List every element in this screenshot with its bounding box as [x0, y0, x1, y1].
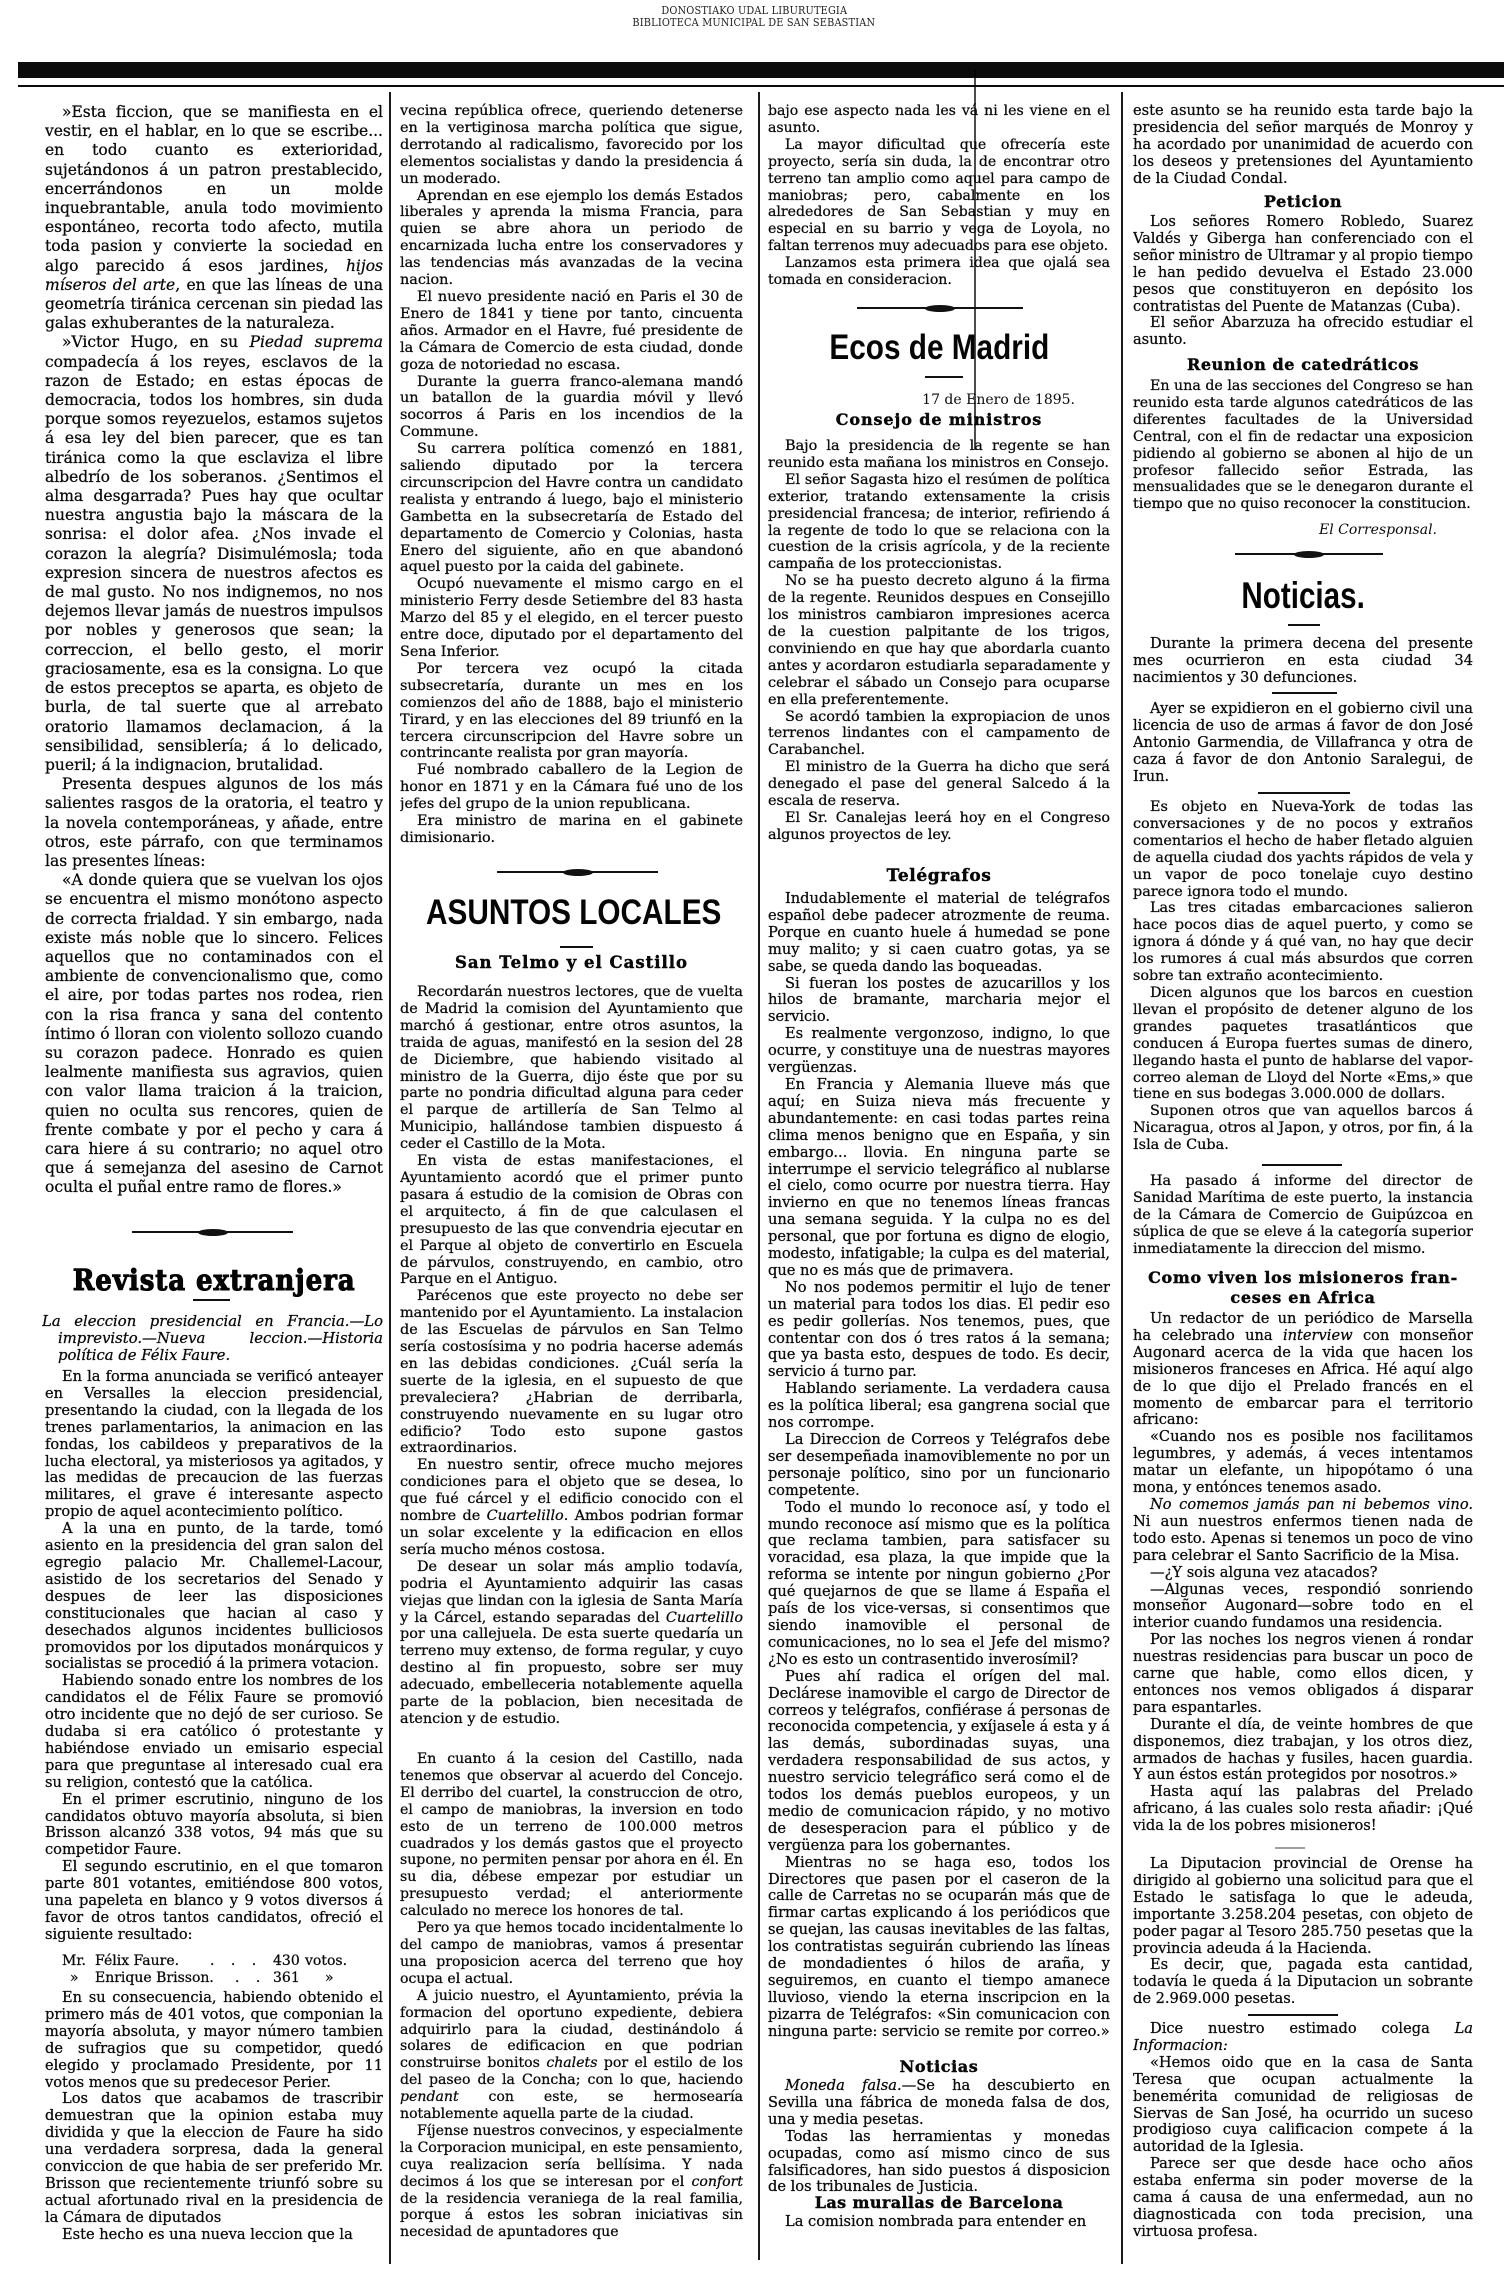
paragraph: Los señores Romero Robledo, Suarez Valdé…	[1133, 214, 1473, 315]
text-run: »Esta ficcion, que se manifiesta en el v…	[45, 103, 383, 275]
paragraph: La mayor dificultad que ofrecería este p…	[768, 137, 1110, 255]
news-item: Durante la primera decena del presente m…	[1133, 636, 1473, 687]
paragraph: Durante la guerra franco-alemana mandó u…	[400, 374, 743, 442]
text-run: Dice nuestro estimado colega	[1150, 2021, 1455, 2037]
article-title-misioneros: Como viven los misioneros fran- ceses en…	[1133, 1268, 1473, 1308]
ornamental-rule	[1235, 551, 1383, 558]
paragraph: Presenta despues algunos de los más sali…	[45, 775, 383, 871]
paragraph: Hasta aquí las palabras del Prelado afri…	[1133, 1784, 1473, 1835]
vote-row: » Enrique Brisson. . . 361 »	[45, 1970, 383, 1987]
ornamental-rule	[497, 869, 658, 876]
news-item: La Diputacion provincial de Orense ha di…	[1133, 1856, 1473, 2009]
paragraph: Indudablemente el material de telégrafos…	[768, 891, 1110, 976]
paragraph: A juicio nuestro, el Ayuntamiento, prévi…	[400, 1988, 743, 2123]
article-text-block: Un redactor de un periódico de Marsella …	[1133, 1311, 1473, 1836]
library-stamp-spanish: BIBLIOTECA MUNICIPAL DE SAN SEBASTIAN	[0, 16, 1508, 28]
news-item: Dice nuestro estimado colega La Informac…	[1133, 2021, 1473, 2242]
paragraph: El nuevo presidente nació en Paris el 30…	[400, 289, 743, 374]
news-item: Ayer se expidieron en el gobierno civil …	[1133, 701, 1473, 786]
italic-phrase: Moneda falsa.	[785, 2078, 902, 2094]
paragraph: Aprendan en ese ejemplo los demás Estado…	[400, 188, 743, 289]
dot-leader: . .	[235, 1970, 260, 1987]
paragraph: Lanzamos esta primera idea que ojalá sea…	[768, 255, 1110, 289]
paragraph: Dice nuestro estimado colega La Informac…	[1133, 2021, 1473, 2055]
paragraph: »Esta ficcion, que se manifiesta en el v…	[45, 103, 383, 333]
paragraph: En la forma anunciada se verificó anteay…	[45, 1369, 383, 1521]
article-text-block: Indudablemente el material de telégrafos…	[768, 891, 1110, 2051]
paragraph: En cuanto á la cesion del Castillo, nada…	[400, 1751, 743, 1920]
article-text-block: bajo ese aspecto nada les vá ni les vien…	[768, 103, 1110, 290]
paragraph: Los datos que acabamos de trascribir dem…	[45, 2091, 383, 2226]
news-item: Ha pasado á informe del director de Sani…	[1133, 1173, 1473, 1258]
short-rule	[925, 376, 963, 378]
section-title-text: Noticias.	[1241, 577, 1364, 614]
text-run: »Victor Hugo, en su	[62, 333, 250, 351]
dot-leader: . . .	[210, 1953, 256, 1970]
paragraph: Recordarán nuestros lectores, que de vue…	[400, 984, 743, 1153]
masthead-black-bar	[18, 62, 1504, 78]
news-separator	[1248, 2014, 1338, 2016]
paragraph: Mientras no se haga eso, todos los Direc…	[768, 1855, 1110, 2041]
paragraph: En una de las secciones del Congreso se …	[1133, 378, 1473, 513]
paragraph: No comemos jamás pan ni bebemos vino. Ni…	[1133, 1497, 1473, 1565]
paragraph: vecina república ofrece, queriendo deten…	[400, 103, 743, 188]
news-item: Es objeto en Nueva-York de todas las con…	[1133, 799, 1473, 1156]
paragraph: A la una en punto, de la tarde, tomó asi…	[45, 1521, 383, 1673]
vote-prefix: »	[70, 1970, 79, 1987]
paragraph: Pero ya que hemos tocado incidentalmente…	[400, 1920, 743, 1988]
paragraph: Este hecho es una nueva leccion que la	[45, 2227, 383, 2244]
paragraph: —Algunas veces, respondió sonriendo mons…	[1133, 1582, 1473, 1633]
short-rule	[560, 946, 593, 948]
section-title-text: Ecos de Madrid	[829, 330, 1049, 365]
ornamental-rule	[857, 305, 1023, 312]
vote-results: Mr. Félix Faure. . . . 430 votos. » Enri…	[45, 1953, 383, 1987]
paragraph: El ministro de la Guerra ha dicho que se…	[768, 759, 1110, 810]
article-text-block: En la forma anunciada se verificó anteay…	[45, 1369, 383, 1945]
article-text-block: Los señores Romero Robledo, Suarez Valdé…	[1133, 214, 1473, 350]
paragraph: bajo ese aspecto nada les vá ni les vien…	[768, 103, 1110, 137]
italic-phrase: pendant	[400, 2089, 459, 2105]
paragraph: Ha pasado á informe del director de Sani…	[1133, 1173, 1473, 1258]
article-text-block: este asunto se ha reunido esta tarde baj…	[1133, 103, 1473, 188]
article-text-block: vecina república ofrece, queriendo deten…	[400, 103, 743, 847]
paragraph: En su consecuencia, habiendo obtenido el…	[45, 1990, 383, 2091]
paragraph: »Victor Hugo, en su Piedad suprema compa…	[45, 333, 383, 775]
paragraph: En nuestro sentir, ofrece mucho mejores …	[400, 1457, 743, 1558]
short-rule	[1288, 624, 1320, 626]
section-title-text: ASUNTOS LOCALES	[426, 895, 721, 930]
paragraph: En Francia y Alemania llueve más que aqu…	[768, 1077, 1110, 1280]
paragraph: Fíjense nuestros convecinos, y especialm…	[400, 2123, 743, 2241]
article-text-block: En cuanto á la cesion del Castillo, nada…	[400, 1751, 743, 2242]
paragraph: Durante la primera decena del presente m…	[1133, 636, 1473, 687]
paragraph: No se ha puesto decreto alguno á la firm…	[768, 573, 1110, 708]
paragraph: Es realmente vergonzoso, indigno, lo que…	[768, 1026, 1110, 1077]
paragraph: —¿Y sois alguna vez atacados?	[1133, 1565, 1473, 1582]
vote-unit: votos.	[305, 1953, 347, 1970]
vote-count: 430	[273, 1953, 300, 1970]
subheading-consejo-de-ministros: Consejo de ministros	[768, 410, 1110, 430]
article-title-san-telmo: San Telmo y el Castillo	[400, 953, 743, 973]
paragraph: «Hemos oido que en la casa de Santa Tere…	[1133, 2055, 1473, 2156]
italic-phrase: Cuartelillo	[487, 1508, 564, 1524]
column-divider	[389, 92, 391, 2264]
paragraph: Parece ser que desde hace ocho años esta…	[1133, 2156, 1473, 2241]
paragraph: Por tercera vez ocupó la citada subsecre…	[400, 661, 743, 762]
text-run: compadecía á los reyes, esclavos de la r…	[45, 353, 383, 774]
text-run: Ni aun nuestros enfermos tienen nada de …	[1133, 1513, 1473, 1564]
paragraph: Si fueran los postes de azucarillos y lo…	[768, 976, 1110, 1027]
ornamental-rule	[132, 1229, 293, 1236]
article-text-block: »Esta ficcion, que se manifiesta en el v…	[45, 103, 383, 1217]
paragraph: En el primer escrutinio, ninguno de los …	[45, 1792, 383, 1860]
paragraph: este asunto se ha reunido esta tarde baj…	[1133, 103, 1473, 188]
article-text-block: En una de las secciones del Congreso se …	[1133, 378, 1473, 514]
title-line: ceses en Africa	[1133, 1288, 1473, 1308]
paragraph: De desear un solar más amplio todavía, p…	[400, 1559, 743, 1728]
paragraph: La comision nombrada para entender en	[768, 2214, 1110, 2231]
news-separator	[1258, 792, 1350, 794]
vote-count: 361	[273, 1970, 300, 1987]
vote-row: Mr. Félix Faure. . . . 430 votos.	[45, 1953, 383, 1970]
paragraph: Las tres citadas embarcaciones salieron …	[1133, 900, 1473, 985]
paragraph: La Diputacion provincial de Orense ha di…	[1133, 1856, 1473, 1957]
paragraph: Parécenos que este proyecto no debe ser …	[400, 1288, 743, 1457]
candidate-name: Félix Faure.	[95, 1953, 179, 1970]
subheading-murallas-de-barcelona: Las murallas de Barcelona	[768, 2194, 1110, 2212]
paragraph: La Direccion de Correos y Telégrafos deb…	[768, 1432, 1110, 1500]
paragraph: Moneda falsa.—Se ha descubierto en Sevil…	[768, 2078, 1110, 2129]
column-divider	[758, 92, 760, 2260]
correspondent-signature: El Corresponsal.	[1133, 521, 1437, 539]
article-text-block: En su consecuencia, habiendo obtenido el…	[45, 1990, 383, 2245]
section-title-ecos-de-madrid: Ecos de Madrid	[768, 330, 1110, 365]
article-text-block: Moneda falsa.—Se ha descubierto en Sevil…	[768, 2078, 1110, 2196]
paragraph: Habiendo sonado entre los nombres de los…	[45, 1673, 383, 1791]
title-line: Como viven los misioneros fran-	[1133, 1268, 1473, 1288]
library-stamp-text: BIBLIOTECA MUNICIPAL DE SAN SEBASTIAN	[633, 16, 876, 28]
paragraph: Es objeto en Nueva-York de todas las con…	[1133, 799, 1473, 900]
text-run: por una callejuela. De esta suerte queda…	[400, 1626, 743, 1727]
section-title-asuntos-locales: ASUNTOS LOCALES	[400, 895, 743, 930]
paragraph: Un redactor de un periódico de Marsella …	[1133, 1311, 1473, 1429]
italic-phrase: No comemos jamás pan ni bebemos vino.	[1150, 1496, 1473, 1513]
paragraph: Hablando seriamente. La verdadera causa …	[768, 1381, 1110, 1432]
paragraph: En vista de estas manifestaciones, el Ay…	[400, 1153, 743, 1288]
paragraph: Dicen algunos que los barcos en cuestion…	[1133, 985, 1473, 1103]
italic-phrase: chalets	[546, 2055, 597, 2071]
article-text-block: Bajo la presidencia de la regente se han…	[768, 438, 1110, 862]
paragraph: «A donde quiera que se vuelvan los ojos …	[45, 871, 383, 1197]
subheading-peticion: Peticion	[1133, 192, 1473, 212]
paragraph: El Sr. Canalejas leerá hoy en el Congres…	[768, 810, 1110, 844]
italic-phrase: Cuartelillo	[666, 1610, 743, 1626]
paragraph: Suponen otros que van aquellos barcos á …	[1133, 1103, 1473, 1154]
paragraph: Por las noches los negros vienen á ronda…	[1133, 1632, 1473, 1717]
paragraph: El señor Abarzuza ha ofrecido estudiar e…	[1133, 315, 1473, 349]
subheading-noticias: Noticias	[768, 2057, 1110, 2077]
section-title-noticias: Noticias.	[1133, 577, 1473, 614]
paragraph: Durante el día, de veinte hombres de que…	[1133, 1717, 1473, 1785]
paragraph: Ayer se expidieron en el gobierno civil …	[1133, 701, 1473, 786]
italic-phrase: interview	[1283, 1327, 1353, 1344]
summary-text: La eleccion presidencial en Francia.—Lo …	[58, 1314, 383, 1365]
paragraph: Es decir, que, pagada esta cantidad, tod…	[1133, 1957, 1473, 2008]
section-summary: La eleccion presidencial en Francia.—Lo …	[42, 1314, 383, 1366]
subheading-reunion-de-catedraticos: Reunion de catedráticos	[1133, 355, 1473, 375]
paragraph: Ocupó nuevamente el mismo cargo en el mi…	[400, 576, 743, 661]
paragraph: Era ministro de marina en el gabinete di…	[400, 813, 743, 847]
vote-prefix: Mr.	[62, 1953, 86, 1970]
paragraph: Se acordó tambien la expropiacion de uno…	[768, 709, 1110, 760]
subheading-telegrafos: Telégrafos	[768, 866, 1110, 886]
paragraph: El segundo escrutinio, en el que tomaron…	[45, 1859, 383, 1944]
paragraph: Su carrera política comenzó en 1881, sal…	[400, 441, 743, 576]
news-separator	[1272, 692, 1337, 694]
section-title-revista-extranjera: Revista extranjera	[45, 1262, 383, 1298]
paragraph: Todas las herramientas y monedas ocupada…	[768, 2129, 1110, 2196]
news-separator	[1275, 1847, 1305, 1849]
masthead-rule	[18, 85, 1504, 87]
news-separator	[1262, 1164, 1342, 1166]
candidate-name: Enrique Brisson.	[95, 1970, 214, 1987]
paragraph: Fué nombrado caballero de la Legion de h…	[400, 762, 743, 813]
italic-phrase: confort	[691, 2174, 743, 2190]
article-text-block: Recordarán nuestros lectores, que de vue…	[400, 984, 743, 1728]
paragraph: Bajo la presidencia de la regente se han…	[768, 438, 1110, 472]
section-title-text: Revista extranjera	[73, 1262, 356, 1298]
article-text-block: La comision nombrada para entender en	[768, 2214, 1110, 2231]
italic-phrase: Piedad suprema	[250, 333, 383, 351]
paragraph: Pues ahí radica el orígen del mal. Declá…	[768, 1669, 1110, 1855]
paragraph: «Cuando nos es posible nos facilitamos l…	[1133, 1429, 1473, 1497]
paragraph: Todo el mundo lo reconoce así, y todo el…	[768, 1500, 1110, 1669]
short-rule	[193, 1299, 230, 1301]
paragraph: El señor Sagasta hizo el resúmen de polí…	[768, 472, 1110, 573]
column-divider	[1121, 92, 1123, 2264]
vote-unit: »	[325, 1970, 334, 1987]
dateline: 17 de Enero de 1895.	[768, 391, 1075, 409]
text-run: de la residencia veraniega de la real fa…	[400, 2191, 743, 2241]
paragraph: No nos podemos permitir el lujo de tener…	[768, 1280, 1110, 1381]
